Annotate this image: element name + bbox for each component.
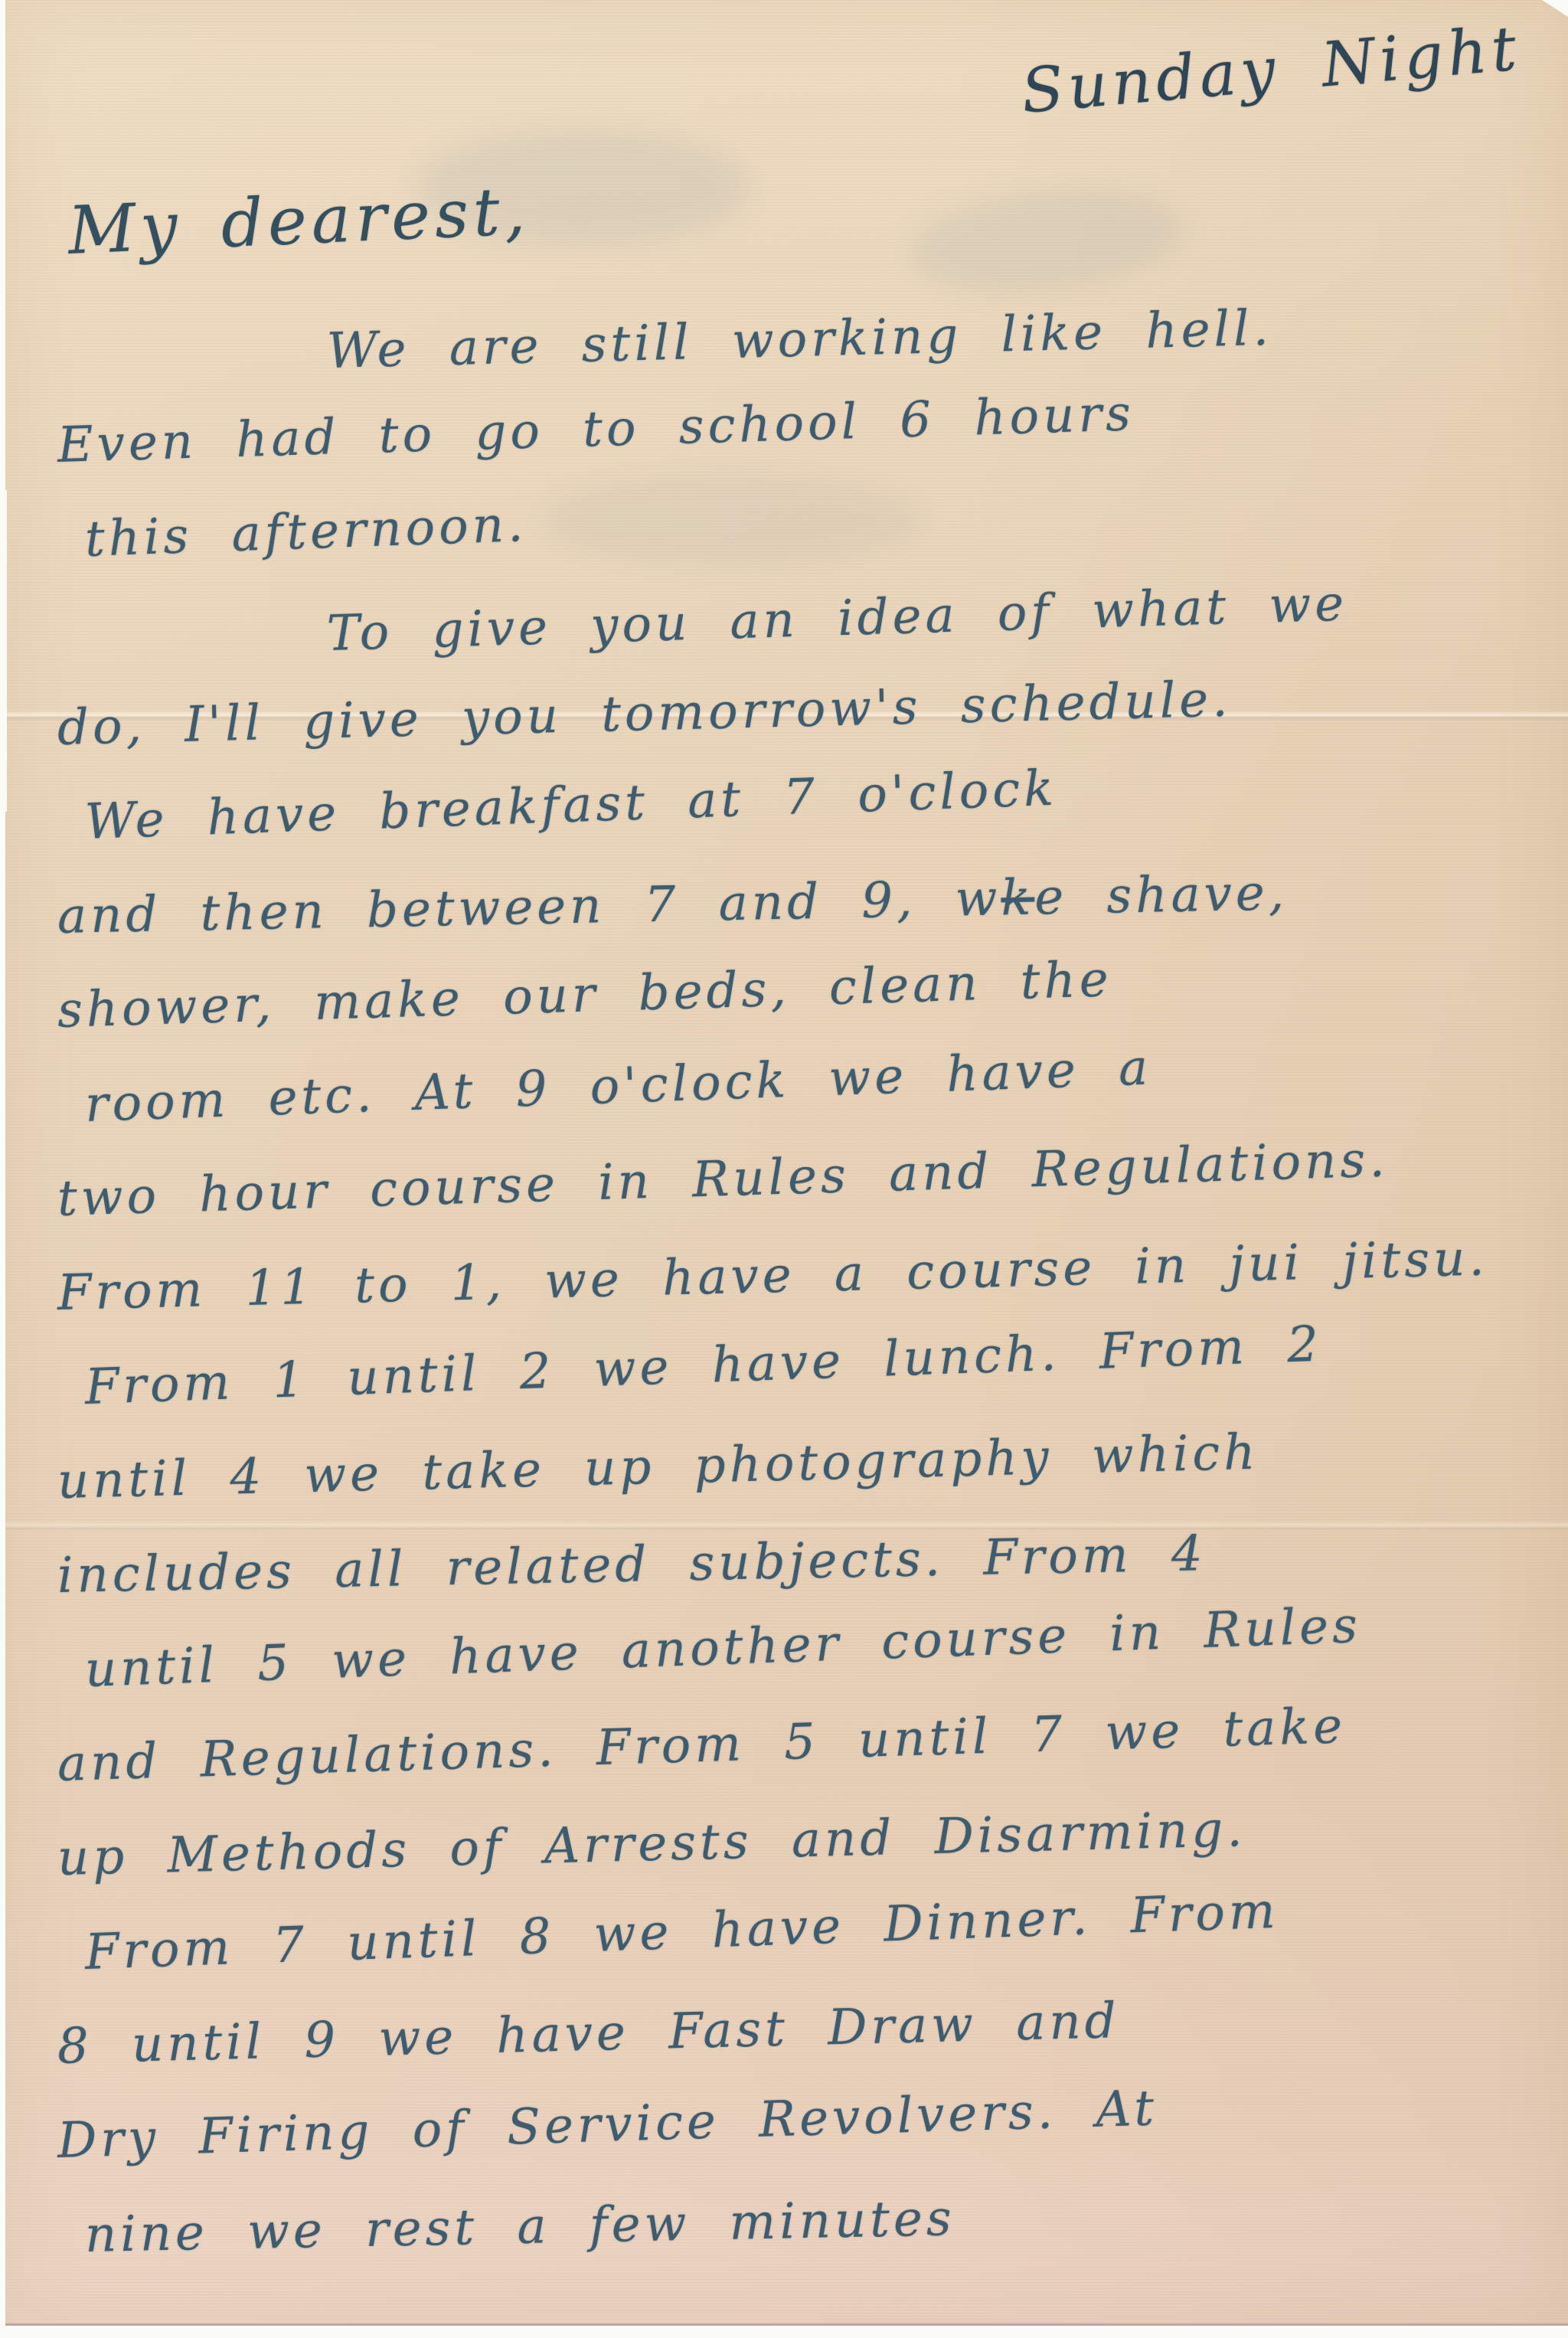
salutation: My dearest, — [67, 173, 531, 270]
date-line: Sunday Night — [1019, 12, 1524, 127]
line-text: and then between 7 and 9, w — [57, 870, 1001, 945]
struck-word: k — [1001, 870, 1035, 927]
letter-body: We are still working like hell.Even had … — [57, 305, 1553, 2283]
scan-background: Sunday Night My dearest, We are still wo… — [0, 0, 1568, 2338]
line-text: e shave, — [1034, 865, 1288, 926]
letter-page: Sunday Night My dearest, We are still wo… — [5, 0, 1568, 2326]
scan-edge-artifact — [0, 490, 7, 812]
